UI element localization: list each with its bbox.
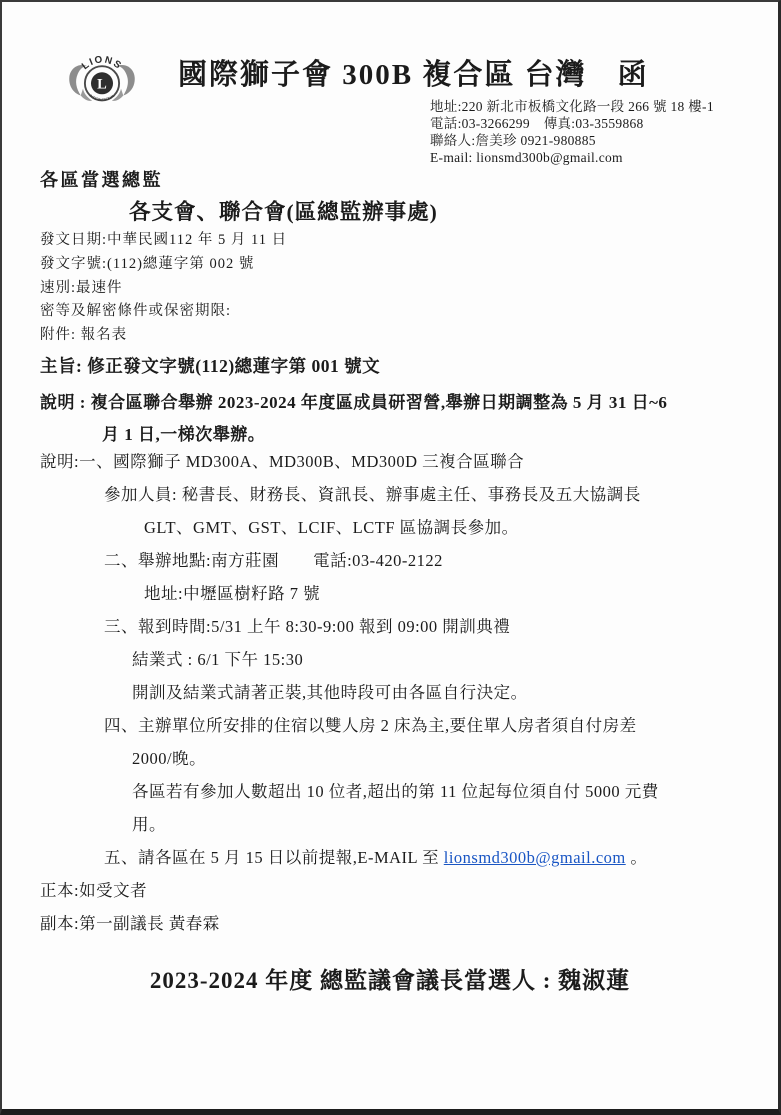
lion-head-right	[117, 65, 135, 95]
contact-address: 地址:220 新北市板橋文化路一段 266 號 18 樓-1	[430, 98, 714, 115]
contact-person: 聯絡人:詹美珍 0921-980885	[430, 132, 714, 149]
body-line-cc-copy: 副本:第一副議長 黃春霖	[40, 907, 659, 940]
body-line-item2-venue: 二、舉辦地點:南方莊園 電話:03-420-2122	[40, 544, 659, 577]
body-line-closing-ceremony: 結業式 : 6/1 下午 15:30	[40, 643, 659, 676]
footer-signature-line: 2023-2024 年度 總監議會議長當選人 : 魏淑蓮	[2, 962, 778, 995]
svg-text:LIONS: LIONS	[80, 54, 124, 72]
body-line-extra-fee-cont: 用。	[40, 808, 659, 841]
contact-email: E-mail: lionsmd300b@gmail.com	[430, 149, 714, 166]
contact-phone-fax: 電話:03-3266299 傳真:03-3559868	[430, 115, 714, 132]
official-letter-page: LIONS L INTERNATIONAL 國際獅子會 300B 複合區 台灣 …	[0, 0, 781, 1115]
meta-attachment: 附件: 報名表	[40, 324, 287, 348]
body-line-item1: 說明:一、國際獅子 MD300A、MD300B、MD300D 三複合區聯合	[40, 445, 659, 478]
body-line-item5-deadline: 五、請各區在 5 月 15 日以前提報,E-MAIL 至 lionsmd300b…	[40, 841, 659, 874]
logo-arc-top-text: LIONS	[80, 54, 124, 72]
logo-arc-bottom-text: INTERNATIONAL	[89, 94, 116, 102]
email-link[interactable]: lionsmd300b@gmail.com	[444, 848, 626, 867]
svg-text:INTERNATIONAL: INTERNATIONAL	[89, 94, 116, 102]
body-line-original-copy: 正本:如受文者	[40, 874, 659, 907]
body-line-item4-lodging: 四、主辦單位所安排的住宿以雙人房 2 床為主,要住單人房者須自付房差	[40, 709, 659, 742]
lion-head-left	[69, 65, 87, 95]
body-line-extra-fee: 各區若有參加人數超出 10 位者,超出的第 11 位起每位須自付 5000 元費	[40, 775, 659, 808]
body-line-coordinators: GLT、GMT、GST、LCIF、LCTF 區協調長參加。	[40, 511, 659, 544]
recipient-line-1: 各區當選總監	[40, 166, 163, 192]
meta-issue-date: 發文日期:中華民國112 年 5 月 11 日	[40, 229, 287, 253]
lions-international-logo: LIONS L INTERNATIONAL	[64, 42, 140, 120]
meta-speed-class: 速別:最速件	[40, 277, 287, 301]
meta-security-class: 密等及解密條件或保密期限:	[40, 300, 287, 324]
recipient-line-2: 各支會、聯合會(區總監辦事處)	[129, 195, 438, 226]
document-meta-block: 發文日期:中華民國112 年 5 月 11 日 發文字號:(112)總蓮字第 0…	[40, 229, 287, 348]
summary-block: 說明 : 複合區聯合舉辦 2023-2024 年度區成員研習營,舉辦日期調整為 …	[40, 387, 667, 450]
item5-prefix: 五、請各區在 5 月 15 日以前提報,E-MAIL 至	[104, 848, 444, 867]
explanation-body: 說明:一、國際獅子 MD300A、MD300B、MD300D 三複合區聯合 參加…	[40, 445, 659, 940]
body-line-lodging-price: 2000/晚。	[40, 742, 659, 775]
item5-suffix: 。	[626, 848, 648, 867]
letterhead-contact-block: 地址:220 新北市板橋文化路一段 266 號 18 樓-1 電話:03-326…	[430, 98, 714, 166]
summary-line-1: 說明 : 複合區聯合舉辦 2023-2024 年度區成員研習營,舉辦日期調整為 …	[40, 387, 667, 419]
letterhead-title: 國際獅子會 300B 複合區 台灣 函	[178, 52, 649, 93]
body-line-item3-checkin: 三、報到時間:5/31 上午 8:30-9:00 報到 09:00 開訓典禮	[40, 610, 659, 643]
body-line-venue-address: 地址:中壢區樹籽路 7 號	[40, 577, 659, 610]
meta-ref-number: 發文字號:(112)總蓮字第 002 號	[40, 253, 287, 277]
body-line-dress-code: 開訓及結業式請著正裝,其他時段可由各區自行決定。	[40, 676, 659, 709]
body-line-participants: 參加人員: 秘書長、財務長、資訊長、辦事處主任、事務長及五大協調長	[40, 478, 659, 511]
logo-center-letter: L	[97, 77, 107, 93]
subject-line: 主旨: 修正發文字號(112)總蓮字第 001 號文	[40, 353, 380, 378]
